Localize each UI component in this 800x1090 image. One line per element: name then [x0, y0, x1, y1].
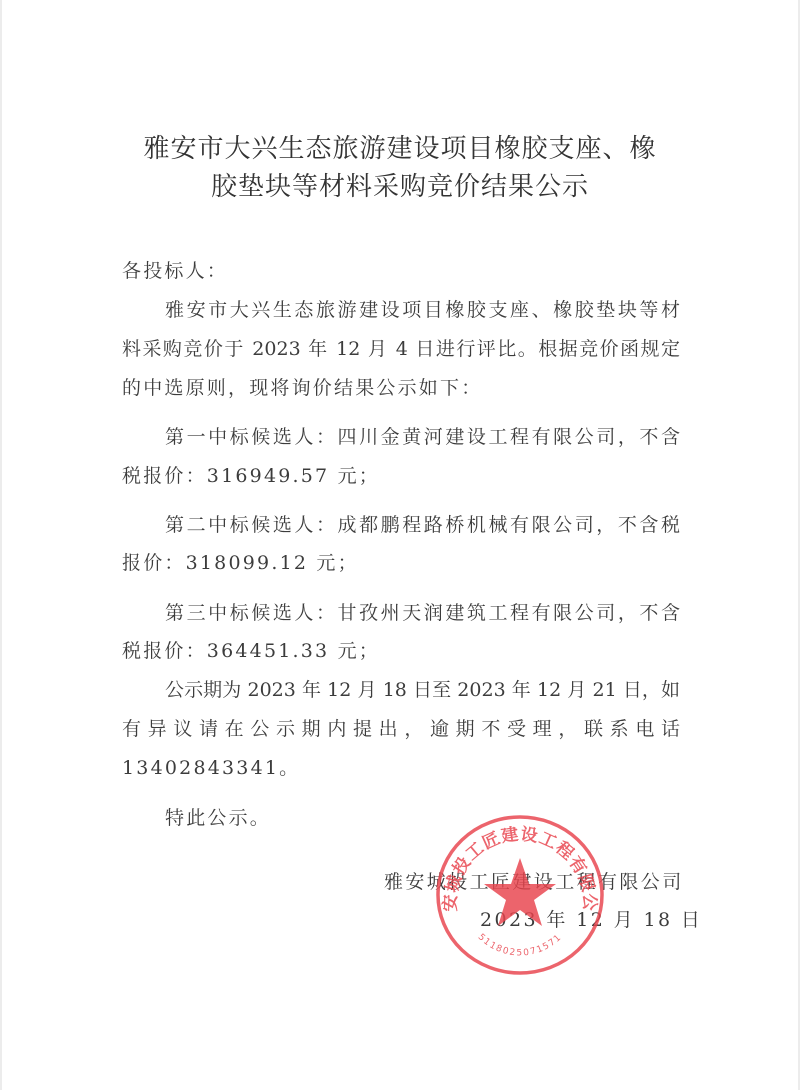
notice-line-2: 有异议请在公示期内提出，逾期不受理，联系电话 [122, 717, 680, 741]
notice-line-1: 公示期为 2023 年 12 月 18 日至 2023 年 12 月 21 日，… [165, 678, 680, 702]
candidate-1-line-1: 第一中标候选人：四川金黄河建设工程有限公司，不含 [165, 425, 680, 449]
page-edge-left [0, 0, 2, 1090]
title-line-1: 雅安市大兴生态旅游建设项目橡胶支座、橡 [100, 130, 700, 168]
candidate-2-line-2: 报价：318099.12 元； [122, 551, 682, 575]
intro-line-1: 雅安市大兴生态旅游建设项目橡胶支座、橡胶垫块等材 [165, 298, 680, 322]
candidate-2-line-1: 第二中标候选人：成都鹏程路桥机械有限公司，不含税 [165, 513, 680, 537]
intro-line-3: 的中选原则，现将询价结果公示如下： [122, 376, 682, 400]
salutation: 各投标人： [122, 259, 682, 283]
candidate-1-line-2: 税报价：316949.57 元； [122, 464, 682, 488]
candidate-3-line-1: 第三中标候选人：甘孜州天润建筑工程有限公司，不含 [165, 601, 680, 625]
intro-line-2: 料采购竞价于 2023 年 12 月 4 日进行评比。根据竞价函规定 [122, 337, 680, 361]
stamp-code: 5118025071571 [476, 932, 565, 958]
company-seal-icon: 雅安城投工匠建设工程有限公司 5118025071571 [432, 812, 608, 978]
notice-line-3: 13402843341。 [122, 756, 682, 780]
candidate-3-line-2: 税报价：364451.33 元； [122, 639, 682, 663]
title-line-2: 胶垫块等材料采购竞价结果公示 [100, 168, 700, 206]
svg-text:5118025071571: 5118025071571 [476, 932, 565, 958]
document-title: 雅安市大兴生态旅游建设项目橡胶支座、橡 胶垫块等材料采购竞价结果公示 [100, 130, 700, 206]
